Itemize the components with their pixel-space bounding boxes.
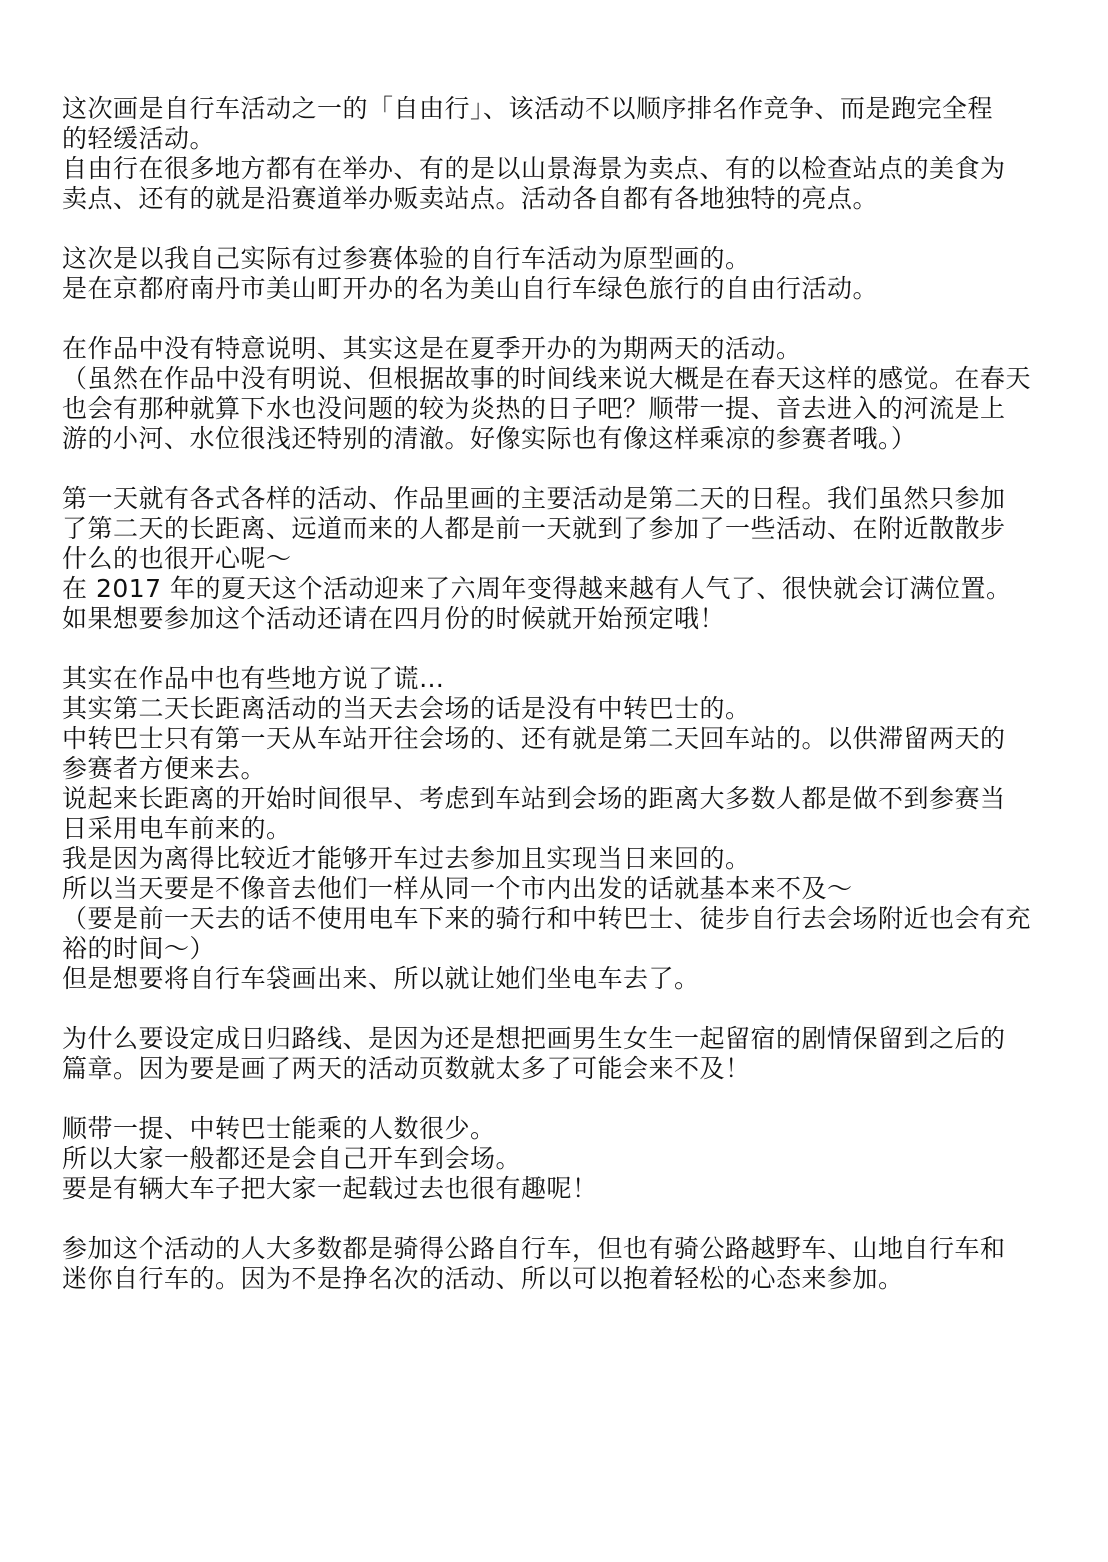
text-line: 这次是以我自己实际有过参赛体验的自行车活动为原型画的。 bbox=[62, 244, 1082, 274]
text-line: 篇章。因为要是画了两天的活动页数就太多了可能会来不及！ bbox=[62, 1054, 1082, 1084]
text-line: 顺带一提、中转巴士能乘的人数很少。 bbox=[62, 1114, 1082, 1144]
text-line: 在作品中没有特意说明、其实这是在夏季开办的为期两天的活动。 bbox=[62, 334, 1082, 364]
text-line: 卖点、还有的就是沿赛道举办贩卖站点。活动各自都有各地独特的亮点。 bbox=[62, 184, 1082, 214]
text-line: 在 2017 年的夏天这个活动迎来了六周年变得越来越有人气了、很快就会订满位置。 bbox=[62, 574, 1082, 604]
paragraph-intro: 这次画是自行车活动之一的「自由行」、该活动不以顺序排名作竞争、而是跑完全程 的轻… bbox=[62, 94, 1082, 214]
text-line: 游的小河、水位很浅还特别的清澈。好像实际也有像这样乘凉的参赛者哦。） bbox=[62, 424, 1082, 454]
text-line: 中转巴士只有第一天从车站开往会场的、还有就是第二天回车站的。以供滞留两天的 bbox=[62, 724, 1082, 754]
text-line: 参加这个活动的人大多数都是骑得公路自行车，但也有骑公路越野车、山地自行车和 bbox=[62, 1234, 1082, 1264]
text-line: 但是想要将自行车袋画出来、所以就让她们坐电车去了。 bbox=[62, 964, 1082, 994]
text-line: 所以当天要是不像音去他们一样从同一个市内出发的话就基本来不及～ bbox=[62, 874, 1082, 904]
paragraph-season: 在作品中没有特意说明、其实这是在夏季开办的为期两天的活动。 （虽然在作品中没有明… bbox=[62, 334, 1082, 454]
paragraph-bus-capacity: 顺带一提、中转巴士能乘的人数很少。 所以大家一般都还是会自己开车到会场。 要是有… bbox=[62, 1114, 1082, 1204]
text-line: 什么的也很开心呢～ bbox=[62, 544, 1082, 574]
text-line: 说起来长距离的开始时间很早、考虑到车站到会场的距离大多数人都是做不到参赛当 bbox=[62, 784, 1082, 814]
text-line: 这次画是自行车活动之一的「自由行」、该活动不以顺序排名作竞争、而是跑完全程 bbox=[62, 94, 1082, 124]
text-line: 自由行在很多地方都有在举办、有的是以山景海景为卖点、有的以检查站点的美食为 bbox=[62, 154, 1082, 184]
text-line: 迷你自行车的。因为不是挣名次的活动、所以可以抱着轻松的心态来参加。 bbox=[62, 1264, 1082, 1294]
text-line: 裕的时间～） bbox=[62, 934, 1082, 964]
paragraph-bikes: 参加这个活动的人大多数都是骑得公路自行车，但也有骑公路越野车、山地自行车和 迷你… bbox=[62, 1234, 1082, 1294]
paragraph-prototype: 这次是以我自己实际有过参赛体验的自行车活动为原型画的。 是在京都府南丹市美山町开… bbox=[62, 244, 1082, 304]
text-line: 参赛者方便来去。 bbox=[62, 754, 1082, 784]
text-line: 了第二天的长距离、远道而来的人都是前一天就到了参加了一些活动、在附近散散步 bbox=[62, 514, 1082, 544]
paragraph-shuttle: 其实在作品中也有些地方说了谎… 其实第二天长距离活动的当天去会场的话是没有中转巴… bbox=[62, 664, 1082, 994]
paragraph-day-trip: 为什么要设定成日归路线、是因为还是想把画男生女生一起留宿的剧情保留到之后的 篇章… bbox=[62, 1024, 1082, 1084]
text-line: （要是前一天去的话不使用电车下来的骑行和中转巴士、徒步自行去会场附近也会有充 bbox=[62, 904, 1082, 934]
text-line: （虽然在作品中没有明说、但根据故事的时间线来说大概是在春天这样的感觉。在春天 bbox=[62, 364, 1082, 394]
text-line: 如果想要参加这个活动还请在四月份的时候就开始预定哦！ bbox=[62, 604, 1082, 634]
text-line: 要是有辆大车子把大家一起载过去也很有趣呢！ bbox=[62, 1174, 1082, 1204]
text-line: 我是因为离得比较近才能够开车过去参加且实现当日来回的。 bbox=[62, 844, 1082, 874]
text-line: 日采用电车前来的。 bbox=[62, 814, 1082, 844]
paragraph-schedule: 第一天就有各式各样的活动、作品里画的主要活动是第二天的日程。我们虽然只参加 了第… bbox=[62, 484, 1082, 634]
text-line: 其实第二天长距离活动的当天去会场的话是没有中转巴士的。 bbox=[62, 694, 1082, 724]
document-page: 这次画是自行车活动之一的「自由行」、该活动不以顺序排名作竞争、而是跑完全程 的轻… bbox=[62, 94, 1082, 1324]
text-line: 为什么要设定成日归路线、是因为还是想把画男生女生一起留宿的剧情保留到之后的 bbox=[62, 1024, 1082, 1054]
text-line: 第一天就有各式各样的活动、作品里画的主要活动是第二天的日程。我们虽然只参加 bbox=[62, 484, 1082, 514]
text-line: 是在京都府南丹市美山町开办的名为美山自行车绿色旅行的自由行活动。 bbox=[62, 274, 1082, 304]
text-line: 也会有那种就算下水也没问题的较为炎热的日子吧？顺带一提、音去进入的河流是上 bbox=[62, 394, 1082, 424]
text-line: 所以大家一般都还是会自己开车到会场。 bbox=[62, 1144, 1082, 1174]
text-line: 的轻缓活动。 bbox=[62, 124, 1082, 154]
text-line: 其实在作品中也有些地方说了谎… bbox=[62, 664, 1082, 694]
